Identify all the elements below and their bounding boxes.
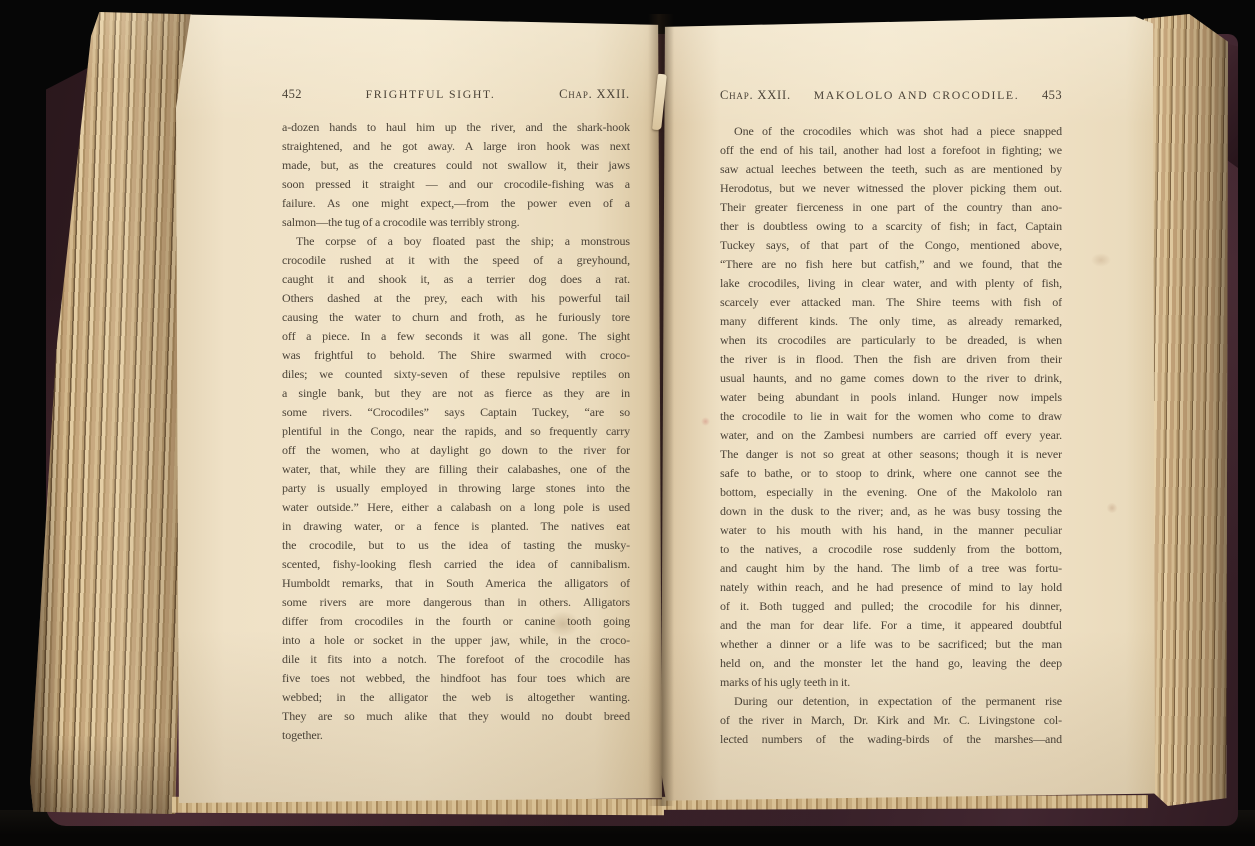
text-line: some rivers. “Crocodiles” says Captain T… [282,403,630,422]
text-line: together. [282,726,630,745]
text-line: was frightful to behold. The Shire swarm… [282,346,630,365]
page-number: 452 [282,87,302,102]
running-title: MAKOLOLO AND CROCODILE. [814,88,1020,103]
text-line: water, that, while they are filling thei… [282,460,630,479]
right-page-edges [1142,14,1228,806]
text-line: saw actual leeches between the teeth, su… [720,160,1062,179]
left-page-text: a-dozen hands to haul him up the river, … [282,118,630,745]
text-line: off the women, who at daylight go down t… [282,441,630,460]
text-line: the crocodile, but to us the idea of tas… [282,536,630,555]
text-line: off a piece. In a few seconds it was all… [282,327,630,346]
text-line: whether a dinner or a life was to be sac… [720,635,1062,654]
text-line: straightened, and he got away. A large i… [282,137,630,156]
text-line: The corpse of a boy floated past the shi… [282,232,630,251]
text-line: causing the water to churn and froth, as… [282,308,630,327]
text-line: the river is in flood. Then the fish are… [720,350,1062,369]
text-line: During our detention, in expectation of … [720,692,1062,711]
text-line: held on, and the monster let the hand go… [720,654,1062,673]
right-page: Chap. XXII. MAKOLOLO AND CROCODILE. 453 … [661,15,1155,803]
text-line: made, but, as the creatures could not sw… [282,156,630,175]
text-line: crocodile rushed at it with the speed of… [282,251,630,270]
text-line: differ from crocodiles in the fourth or … [282,612,630,631]
text-line: scented, fishy-looking flesh carried the… [282,555,630,574]
text-line: lake crocodiles, living in clear water, … [720,274,1062,293]
text-line: and caught him by the hand. The limb of … [720,559,1062,578]
text-line: “There are no fish here but catfish,” an… [720,255,1062,274]
running-title: FRIGHTFUL SIGHT. [366,87,496,102]
text-line: safe to bathe, or to stoop to drink, whe… [720,464,1062,483]
text-line: when its crocodiles are particularly to … [720,331,1062,350]
left-page-header: 452 FRIGHTFUL SIGHT. Chap. XXII. [282,87,630,102]
page-stain [1106,503,1118,513]
text-line: webbed; in the alligator the web is alto… [282,688,630,707]
text-line: of the river in March, Dr. Kirk and Mr. … [720,711,1062,730]
chapter-label: Chap. XXII. [559,87,630,102]
text-line: lected numbers of the wading-birds of th… [720,730,1062,749]
text-line: usual haunts, and no game comes down to … [720,369,1062,388]
text-line: of it. Both tugged and pulled; the croco… [720,597,1062,616]
text-line: diles; we counted sixty-seven of these r… [282,365,630,384]
text-line: party is usually employed in throwing la… [282,479,630,498]
text-line: to the natives, a crocodile rose suddenl… [720,540,1062,559]
text-line: marks of his ugly teeth in it. [720,673,1062,692]
open-book-photo: 452 FRIGHTFUL SIGHT. Chap. XXII. a-dozen… [0,0,1255,846]
text-line: five toes not webbed, the hindfoot has f… [282,669,630,688]
text-line: down in the dusk to the river; and, as h… [720,502,1062,521]
text-line: Herodotus, but we never witnessed the pl… [720,179,1062,198]
text-line: dile it fits into a notch. The forefoot … [282,650,630,669]
text-line: in drawing water, or a fence is planted.… [282,517,630,536]
text-line: They are so much alike that they would n… [282,707,630,726]
book-gutter [648,14,674,806]
text-line: the crocodile to lie in wait for the wom… [720,407,1062,426]
right-page-text: One of the crocodiles which was shot had… [720,122,1062,749]
text-line: some rivers are more dangerous than in o… [282,593,630,612]
page-stain [701,417,710,426]
text-line: water to his mouth with his hand, in the… [720,521,1062,540]
text-line: Their greater fierceness in one part of … [720,198,1062,217]
text-line: water, and on the Zambesi numbers are ca… [720,426,1062,445]
chapter-label: Chap. XXII. [720,88,791,103]
text-line: off the end of his tail, another had los… [720,141,1062,160]
text-line: and the man for dear life. For a time, i… [720,616,1062,635]
text-line: Others dashed at the prey, each with his… [282,289,630,308]
text-line: scarcely ever attacked man. The Shire te… [720,293,1062,312]
text-line: a-dozen hands to haul him up the river, … [282,118,630,137]
text-line: into a hole or socket in the upper jaw, … [282,631,630,650]
text-line: water being abundant in pools inland. Hu… [720,388,1062,407]
text-line: One of the crocodiles which was shot had… [720,122,1062,141]
text-line: soon pressed it straight — and our croco… [282,175,630,194]
page-stain [1091,253,1111,267]
text-line: water outside.” Here, either a calabash … [282,498,630,517]
page-number: 453 [1042,88,1062,103]
text-line: Tuckey says, of that part of the Congo, … [720,236,1062,255]
text-line: plentiful in the Congo, near the rapids,… [282,422,630,441]
text-line: Humboldt remarks, that in South America … [282,574,630,593]
text-line: a single bank, but they are not as fierc… [282,384,630,403]
text-line: bottom, especially in the evening. One o… [720,483,1062,502]
text-line: The danger is not so great at other seas… [720,445,1062,464]
text-line: many different kinds. The only time, as … [720,312,1062,331]
right-page-header: Chap. XXII. MAKOLOLO AND CROCODILE. 453 [720,88,1062,103]
text-line: ther is doubtless owing to a scarcity of… [720,217,1062,236]
text-line: salmon—the tug of a crocodile was terrib… [282,213,630,232]
text-line: caught it and shook it, as a terrier dog… [282,270,630,289]
text-line: failure. As one might expect,—from the p… [282,194,630,213]
left-page: 452 FRIGHTFUL SIGHT. Chap. XXII. a-dozen… [176,13,662,803]
text-line: nately within reach, and he had presence… [720,578,1062,597]
